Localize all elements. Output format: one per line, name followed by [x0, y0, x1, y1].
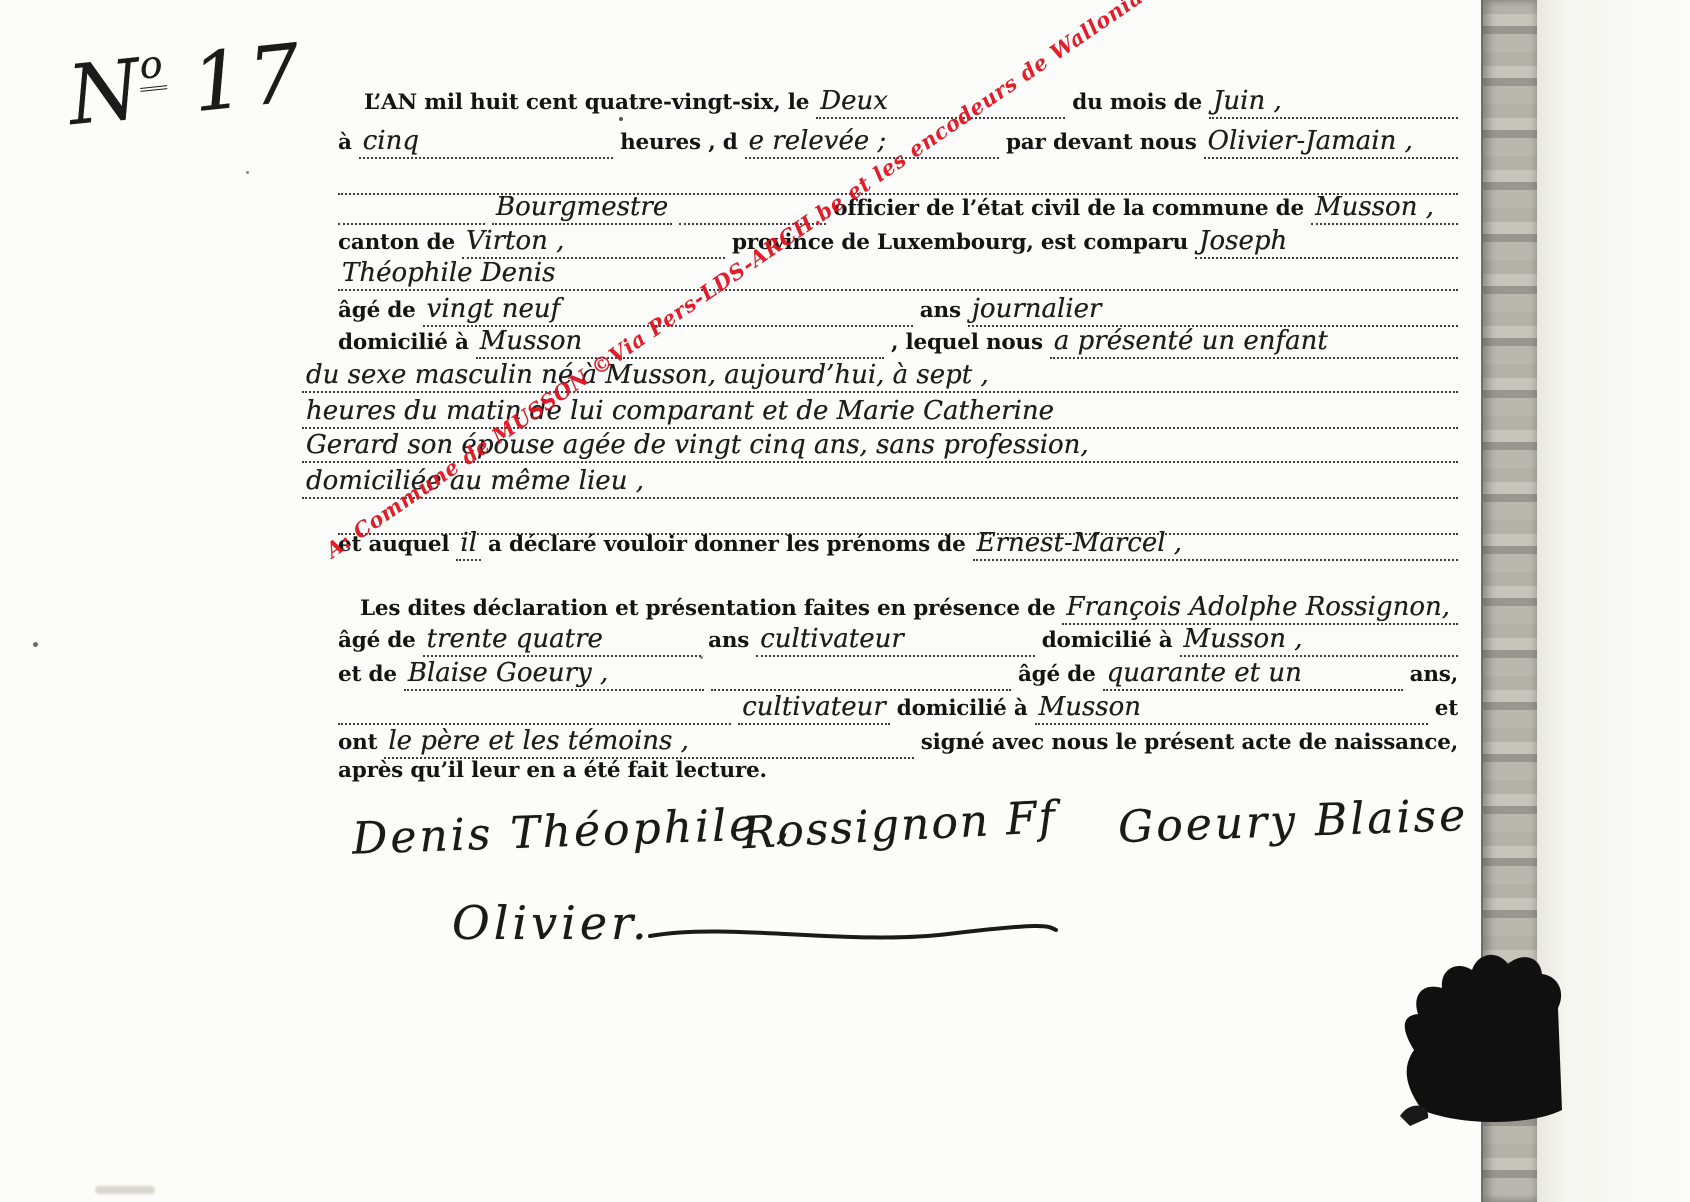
printed-text: par devant nous [1006, 130, 1197, 155]
handwritten-entry: Deux [816, 86, 1065, 119]
printed-text: heures , d [620, 130, 738, 155]
handwritten-entry: cultivateur [738, 692, 890, 725]
handwritten-entry: a présenté un enfant [1050, 326, 1458, 359]
printed-text: du mois de [1072, 90, 1202, 115]
handwritten-entry: Musson , [1311, 192, 1458, 225]
printed-text: canton de [338, 230, 455, 255]
form-line: ontle père et les témoins ,signé avec no… [338, 726, 1458, 760]
form-line: et deBlaise Goeury , âgé dequarante et u… [338, 658, 1458, 692]
signature-olivier: Olivier. [452, 896, 651, 950]
handwritten-entry: e relevée ; [745, 126, 999, 159]
handwritten-entry: journalier [968, 294, 1458, 327]
printed-text: âgé de [338, 628, 416, 653]
form-line: du sexe masculin né à Musson, aujourd’hu… [302, 360, 1458, 394]
printed-text: ans, [1410, 662, 1458, 687]
handwritten-entry: cinq [359, 126, 613, 159]
handwritten-entry: il [456, 528, 481, 561]
form-line: heures du matin de lui comparant et de M… [302, 396, 1458, 430]
printed-text: Les dites déclaration et présentation fa… [360, 596, 1055, 621]
handwritten-entry: du sexe masculin né à Musson, aujourd’hu… [302, 360, 1458, 393]
printed-text: domicilié à [897, 696, 1028, 721]
form-line: Gerard son épouse agée de vingt cinq ans… [302, 430, 1458, 464]
handwritten-entry: heures du matin de lui comparant et de M… [302, 396, 1458, 429]
form-lines: L’AN mil huit cent quatre-vingt-six, leD… [0, 0, 1690, 1202]
handwritten-entry: Virton , [462, 226, 725, 259]
form-line: domicilié àMusson, lequel nousa présenté… [338, 326, 1458, 360]
handwritten-entry [338, 692, 731, 725]
form-line: canton deVirton ,province de Luxembourg,… [338, 226, 1458, 260]
handwritten-entry: Joseph [1195, 226, 1458, 259]
handwritten-entry: Ernest-Marcel , [973, 528, 1458, 561]
handwritten-entry: Musson [476, 326, 884, 359]
printed-text: âgé de [338, 298, 416, 323]
handwritten-entry: le père et les témoins , [384, 726, 913, 759]
handwritten-entry: vingt neuf [423, 294, 913, 327]
printed-text: domicilié à [338, 330, 469, 355]
handwritten-entry: Musson [1035, 692, 1428, 725]
form-line: et auquelila déclaré vouloir donner les … [338, 528, 1458, 562]
handwritten-entry: trente quatre [423, 624, 702, 657]
handwritten-entry [711, 658, 1011, 691]
printed-text: province de Luxembourg, est comparu [732, 230, 1188, 255]
handwritten-entry: Blaise Goeury , [404, 658, 704, 691]
form-line: âgé detrente quatreanscultivateurdomicil… [338, 624, 1458, 658]
form-line: après qu’il leur en a été fait lecture. [338, 758, 1458, 792]
handwritten-entry: François Adolphe Rossignon, [1062, 592, 1458, 625]
printed-text: a déclaré vouloir donner les prénoms de [488, 532, 966, 557]
printed-text: et de [338, 662, 397, 687]
handwritten-entry: quarante et un [1103, 658, 1403, 691]
printed-text: âgé de [1018, 662, 1096, 687]
form-line: Bourgmestre officier de l’état civil de … [338, 192, 1458, 226]
handwritten-entry: Bourgmestre [492, 192, 672, 225]
printed-text: à [338, 130, 352, 155]
printed-text: et auquel [338, 532, 449, 557]
form-line [338, 162, 1458, 196]
scanned-birth-record-page: { "document": { "act_number": {"letter":… [0, 0, 1690, 1202]
handwritten-entry: Olivier-Jamain , [1204, 126, 1458, 159]
form-line: âgé devingt neufansjournalier [338, 294, 1458, 328]
handwritten-entry [679, 192, 826, 225]
handwritten-entry [338, 192, 485, 225]
printed-text: ont [338, 730, 377, 755]
form-line: domiciliée au même lieu , [302, 466, 1458, 500]
signature-flourish-stroke [648, 912, 1058, 952]
printed-text: L’AN mil huit cent quatre-vingt-six, le [364, 90, 809, 115]
handwritten-entry: cultivateur [756, 624, 1035, 657]
printed-text: ans [708, 628, 749, 653]
printed-text: et [1435, 696, 1458, 721]
handwritten-entry [338, 162, 1458, 195]
handwritten-entry: Gerard son épouse agée de vingt cinq ans… [302, 430, 1458, 463]
form-line: àcinqheures , de relevée ;par devant nou… [338, 126, 1458, 160]
form-line: cultivateurdomicilié àMussonet [338, 692, 1458, 726]
form-line: Théophile Denis [338, 258, 1458, 292]
printed-text: officier de l’état civil de la commune d… [833, 196, 1304, 221]
form-line: Les dites déclaration et présentation fa… [338, 592, 1458, 626]
form-line: L’AN mil huit cent quatre-vingt-six, leD… [338, 86, 1458, 120]
printed-text: domicilié à [1042, 628, 1173, 653]
handwritten-entry: domiciliée au même lieu , [302, 466, 1458, 499]
printed-text: , lequel nous [891, 330, 1043, 355]
handwritten-entry: Théophile Denis [338, 258, 1458, 291]
printed-text: après qu’il leur en a été fait lecture. [338, 758, 767, 783]
handwritten-entry: Juin , [1209, 86, 1458, 119]
printed-text: signé avec nous le présent acte de naiss… [921, 730, 1458, 755]
printed-text: ans [920, 298, 961, 323]
handwritten-entry: Musson , [1180, 624, 1459, 657]
